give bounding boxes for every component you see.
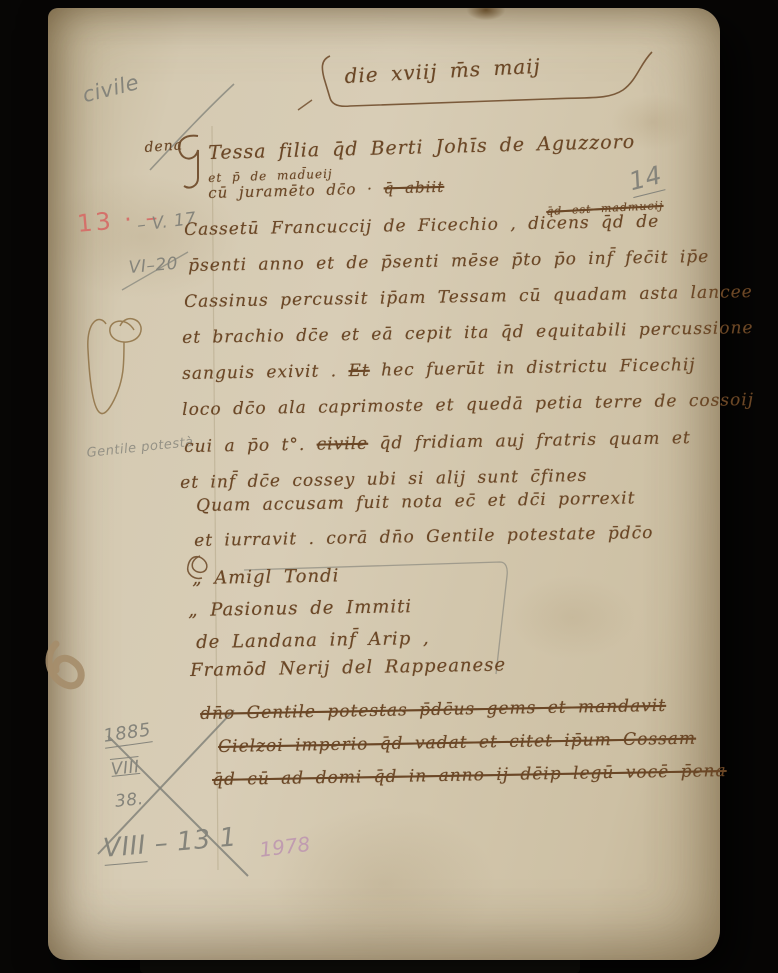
manuscript-page: die xviij m̄s maij civile 13 · – – V. 17… [48, 8, 720, 960]
entry-line-3b-struck: q̄ abiit [383, 178, 444, 198]
header-bracket-tick [298, 100, 312, 110]
ref-annotation-2: VI–20 [128, 254, 179, 278]
margin-word: dena [144, 137, 184, 156]
margin-flourish-ink [88, 319, 141, 414]
old-shelfmark-number: 38. [114, 789, 144, 812]
witness-2: „ Pasionus de Immiti [188, 596, 412, 621]
accusation-line-7a: cui a p̄o t°. [184, 435, 305, 457]
old-shelfmark-series: VIII [110, 757, 141, 780]
accusation-line-5a: sanguis exivit . [182, 361, 337, 384]
new-shelfmark-series: VIII [102, 830, 147, 866]
accusation-line-7b-struck: civile [316, 434, 368, 455]
witness-1: „ Amigl Tondi [192, 565, 340, 589]
photograph-backdrop: die xviij m̄s maij civile 13 · – – V. 17… [0, 0, 778, 973]
witness-3: de Landana inf̄ Arip , [196, 628, 430, 653]
binding-tie-knot [49, 644, 81, 686]
accusation-line-5b-struck: Et [348, 361, 370, 381]
